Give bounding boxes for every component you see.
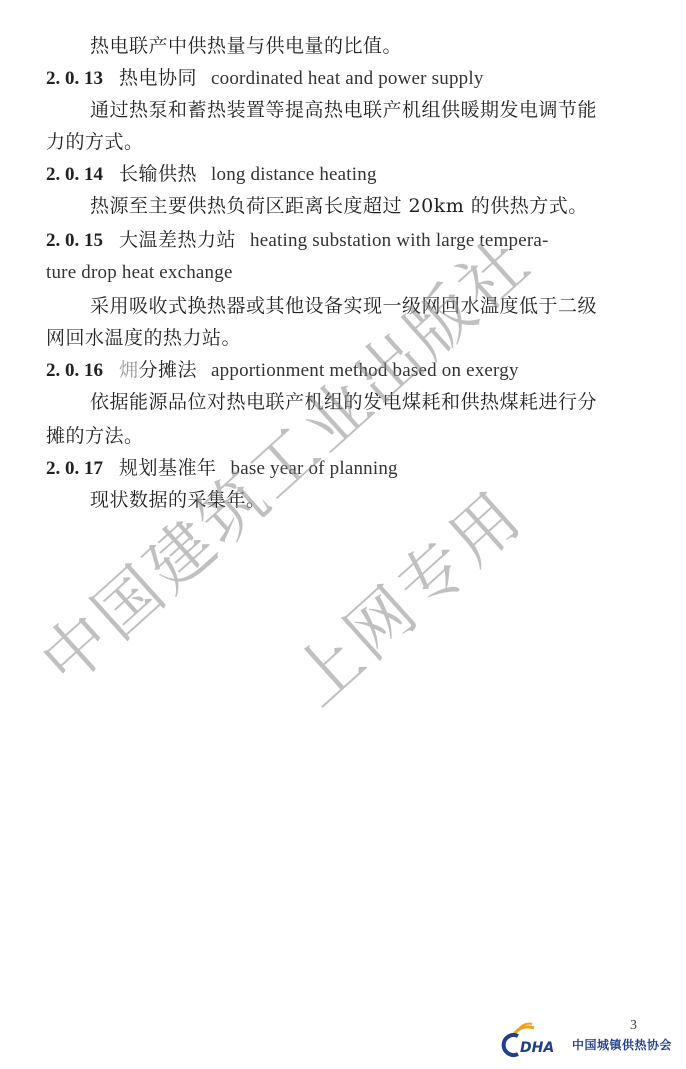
term-english: apportionment method based on exergy (211, 360, 519, 381)
text: ture drop heat exchange (46, 262, 233, 283)
term-entry-2-0-13: 2. 0. 13热电协同coordinated heat and power s… (46, 66, 484, 91)
term-definition: 现状数据的采集年。 (90, 488, 266, 512)
term-chinese: 规划基准年 (119, 457, 217, 479)
term-definition: 通过热泵和蓄热装置等提高热电联产机组供暖期发电调节能 (90, 98, 597, 122)
term-chinese: 大温差热力站 (119, 229, 236, 251)
text: 摊的方法。 (46, 425, 144, 447)
svg-text:DHA: DHA (520, 1040, 554, 1056)
term-english: long distance heating (211, 164, 377, 185)
term-definition-continuation: 力的方式。 (46, 130, 144, 154)
term-definition: 热源至主要供热负荷区距离长度超过 20km 的供热方式。 (90, 194, 588, 218)
section-number: 2. 0. 17 (46, 458, 103, 479)
term-entry-2-0-17: 2. 0. 17规划基准年base year of planning (46, 456, 398, 481)
term-entry-2-0-16: 2. 0. 16㶲分摊法apportionment method based o… (46, 358, 519, 383)
term-chinese: 长输供热 (119, 163, 197, 185)
term-definition-continuation: 摊的方法。 (46, 424, 144, 448)
section-number: 2. 0. 13 (46, 68, 103, 89)
cdha-logo-icon: DHA (500, 1020, 570, 1060)
watermark-online-use: 上网专用 (268, 465, 540, 723)
page-number: 3 (630, 1018, 637, 1034)
text: 热电联产中供热量与供电量的比值。 (90, 35, 402, 57)
organization-name: 中国城镇供热协会 (572, 1036, 672, 1053)
text: 采用吸收式换热器或其他设备实现一级网回水温度低于二级 (90, 295, 597, 317)
text: 网回水温度的热力站。 (46, 327, 241, 349)
term-english: coordinated heat and power supply (211, 68, 484, 89)
text: 依据能源品位对热电联产机组的发电煤耗和供热煤耗进行分 (90, 391, 597, 413)
text: 热源至主要供热负荷区距离长度超过 20km 的供热方式。 (90, 195, 588, 217)
term-definition-continuation: 网回水温度的热力站。 (46, 326, 241, 350)
term-chinese: 热电协同 (119, 67, 197, 89)
term-english: base year of planning (231, 458, 398, 479)
term-chinese: 分摊法 (139, 359, 198, 381)
term-english: heating substation with large tempera- (250, 230, 549, 251)
text: 现状数据的采集年。 (90, 489, 266, 511)
section-number: 2. 0. 14 (46, 164, 103, 185)
exergy-character: 㶲 (119, 359, 139, 381)
paragraph-continuation: 热电联产中供热量与供电量的比值。 (90, 34, 402, 58)
footer-logo: DHA 中国城镇供热协会 (500, 1020, 686, 1060)
term-entry-2-0-15: 2. 0. 15大温差热力站heating substation with la… (46, 228, 549, 253)
text: 力的方式。 (46, 131, 144, 153)
term-definition: 依据能源品位对热电联产机组的发电煤耗和供热煤耗进行分 (90, 390, 597, 414)
term-english-continuation: ture drop heat exchange (46, 260, 233, 285)
term-entry-2-0-14: 2. 0. 14长输供热long distance heating (46, 162, 377, 187)
text: 通过热泵和蓄热装置等提高热电联产机组供暖期发电调节能 (90, 99, 597, 121)
section-number: 2. 0. 16 (46, 360, 103, 381)
term-definition: 采用吸收式换热器或其他设备实现一级网回水温度低于二级 (90, 294, 597, 318)
document-page: 热电联产中供热量与供电量的比值。 2. 0. 13热电协同coordinated… (0, 0, 686, 1069)
section-number: 2. 0. 15 (46, 230, 103, 251)
